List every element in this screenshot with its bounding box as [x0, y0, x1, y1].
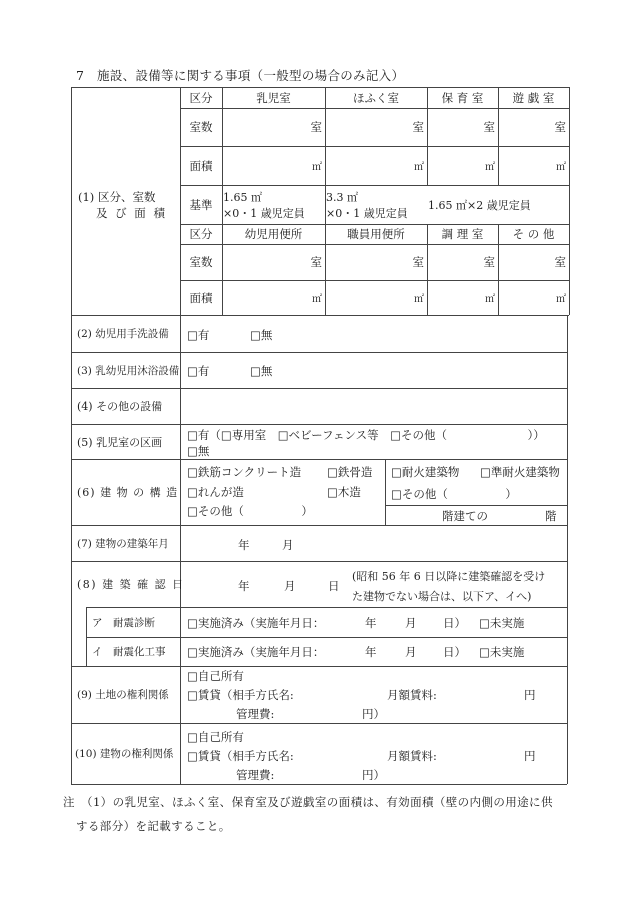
row-label-other-equipment: (4) その他の設備	[71, 388, 180, 424]
area-field[interactable]: ㎡	[498, 280, 569, 315]
fireproof-checkbox[interactable]: □耐火建築物	[391, 464, 459, 480]
rc-checkbox[interactable]: □鉄筋コンクリート造	[187, 464, 301, 480]
steel-checkbox[interactable]: □鉄骨造	[327, 464, 372, 480]
confirm-day-unit: 日	[328, 578, 340, 594]
row-label-bath: (3) 乳幼児用沐浴設備	[71, 352, 180, 388]
diagnosis-notdone-checkbox[interactable]: □未実施	[479, 615, 524, 631]
retrofit-year-unit: 年	[365, 644, 377, 660]
header-nyujishitsu: 乳児室	[222, 87, 325, 108]
land-mgmt-yen-unit: 円）	[362, 706, 385, 722]
area-field[interactable]: ㎡	[427, 280, 498, 315]
diagnosis-year-unit: 年	[365, 615, 377, 631]
room-count-field[interactable]: 室	[325, 244, 427, 280]
floors-unit: 階	[545, 508, 557, 524]
building-own-checkbox[interactable]: □自己所有	[187, 729, 244, 745]
shitsu-label: 室数	[180, 108, 222, 146]
menseki-label: 面積	[180, 280, 222, 315]
room-count-field[interactable]: 室	[222, 108, 325, 146]
diagnosis-day-unit: 日）	[443, 615, 466, 631]
semi-fireproof-checkbox[interactable]: □準耐火建築物	[480, 464, 560, 480]
land-own-checkbox[interactable]: □自己所有	[187, 668, 244, 684]
footnote-line2: する部分）を記載すること。	[76, 818, 231, 834]
section1-label: (1) 区分、室数 及 び 面 積	[78, 185, 180, 225]
header-sonota: そ の 他	[498, 224, 569, 244]
kijun-nyujishitsu: 1.65 ㎡ ×0・1 歳児定員	[223, 185, 325, 224]
menseki-label: 面積	[180, 146, 222, 185]
building-rent-checkbox[interactable]: □賃貸（相手方氏名:	[187, 748, 294, 764]
land-monthly-rent-label: 月額賃料:	[387, 687, 437, 703]
wood-checkbox[interactable]: □木造	[327, 484, 361, 500]
kubun-label: 区分	[180, 224, 222, 244]
row-label-seismic-retrofit: イ 耐震化工事	[86, 637, 180, 666]
footnote-line1: 注 （1）の乳児室、ほふく室、保育室及び遊戯室の面積は、有効面積（壁の内側の用途…	[63, 794, 553, 810]
header-yoji-benjo: 幼児用便所	[222, 224, 325, 244]
land-mgmt-fee-label: 管理費:	[236, 706, 274, 722]
retrofit-notdone-checkbox[interactable]: □未実施	[479, 644, 524, 660]
other-equipment-field[interactable]	[181, 389, 566, 423]
row-label-build-date: (7) 建物の建築年月	[71, 525, 180, 561]
confirm-month-unit: 月	[284, 578, 296, 594]
kijun-hoiku-yugi: 1.65 ㎡×2 歳児定員	[428, 185, 569, 224]
bath-no-checkbox[interactable]: □無	[250, 363, 272, 379]
build-year-unit: 年	[238, 537, 250, 553]
building-yen-unit: 円	[524, 748, 536, 764]
room-count-field[interactable]: 室	[498, 108, 569, 146]
row-label-structure: (6) 建 物 の 構 造	[71, 459, 180, 525]
row-label-infant-partition: (5) 乳児室の区画	[71, 424, 180, 459]
row-label-seismic-diagnosis: ア 耐震診断	[86, 607, 180, 637]
land-yen-unit: 円	[524, 687, 536, 703]
header-yugishitsu: 遊 戯 室	[498, 87, 569, 108]
section-title: 7 施設、設備等に関する事項（一般型の場合のみ記入）	[76, 66, 404, 84]
header-shokuin-benjo: 職員用便所	[325, 224, 427, 244]
floors-label: 階建ての	[442, 508, 488, 524]
structure-other-checkbox[interactable]: □その他（ ）	[187, 503, 313, 519]
building-mgmt-yen-unit: 円）	[362, 767, 385, 783]
kubun-label: 区分	[180, 87, 222, 108]
header-hofukushitsu: ほふく室	[325, 87, 427, 108]
diagnosis-done-checkbox[interactable]: □実施済み（実施年月日：	[187, 615, 324, 631]
partition-yes-options[interactable]: □有（□専用室 □ベビーフェンス等 □その他（ ））	[187, 427, 545, 443]
build-month-unit: 月	[282, 537, 294, 553]
handwash-yes-checkbox[interactable]: □有	[187, 327, 209, 343]
building-monthly-rent-label: 月額賃料:	[387, 748, 437, 764]
kijun-hofukushitsu: 3.3 ㎡ ×0・1 歳児定員	[326, 185, 427, 224]
header-hoikushitsu: 保 育 室	[427, 87, 498, 108]
row-label-land-rights: (9) 土地の権利関係	[71, 666, 180, 723]
partition-no-checkbox[interactable]: □無	[187, 443, 209, 459]
room-count-field[interactable]: 室	[325, 108, 427, 146]
area-field[interactable]: ㎡	[498, 146, 569, 185]
shitsu-label: 室数	[180, 244, 222, 280]
retrofit-done-checkbox[interactable]: □実施済み（実施年月日：	[187, 644, 324, 660]
room-count-field[interactable]: 室	[222, 244, 325, 280]
room-count-field[interactable]: 室	[498, 244, 569, 280]
building-mgmt-fee-label: 管理費:	[236, 767, 274, 783]
area-field[interactable]: ㎡	[325, 280, 427, 315]
confirm-note-line1: (昭和 56 年 6 日以降に建築確認を受け	[352, 568, 545, 584]
area-field[interactable]: ㎡	[222, 280, 325, 315]
fire-other-checkbox[interactable]: □その他（ ）	[391, 486, 517, 502]
retrofit-day-unit: 日）	[443, 644, 466, 660]
area-field[interactable]: ㎡	[325, 146, 427, 185]
confirm-year-unit: 年	[238, 578, 250, 594]
kijun-label: 基準	[180, 185, 222, 224]
room-count-field[interactable]: 室	[427, 244, 498, 280]
row-label-building-rights: (10) 建物の権利関係	[71, 723, 180, 784]
confirm-note-line2: た建物でない場合は、以下ア、イへ)	[352, 588, 531, 604]
brick-checkbox[interactable]: □れんが造	[187, 484, 244, 500]
land-rent-checkbox[interactable]: □賃貸（相手方氏名:	[187, 687, 294, 703]
row-label-handwash: (2) 幼児用手洗設備	[71, 315, 180, 352]
diagnosis-month-unit: 月	[405, 615, 417, 631]
header-chorishitsu: 調 理 室	[427, 224, 498, 244]
retrofit-month-unit: 月	[405, 644, 417, 660]
room-count-field[interactable]: 室	[427, 108, 498, 146]
row-label-confirmation-date: (8) 建 築 確 認 日	[71, 561, 180, 607]
bath-yes-checkbox[interactable]: □有	[187, 363, 209, 379]
area-field[interactable]: ㎡	[222, 146, 325, 185]
area-field[interactable]: ㎡	[427, 146, 498, 185]
handwash-no-checkbox[interactable]: □無	[250, 327, 272, 343]
